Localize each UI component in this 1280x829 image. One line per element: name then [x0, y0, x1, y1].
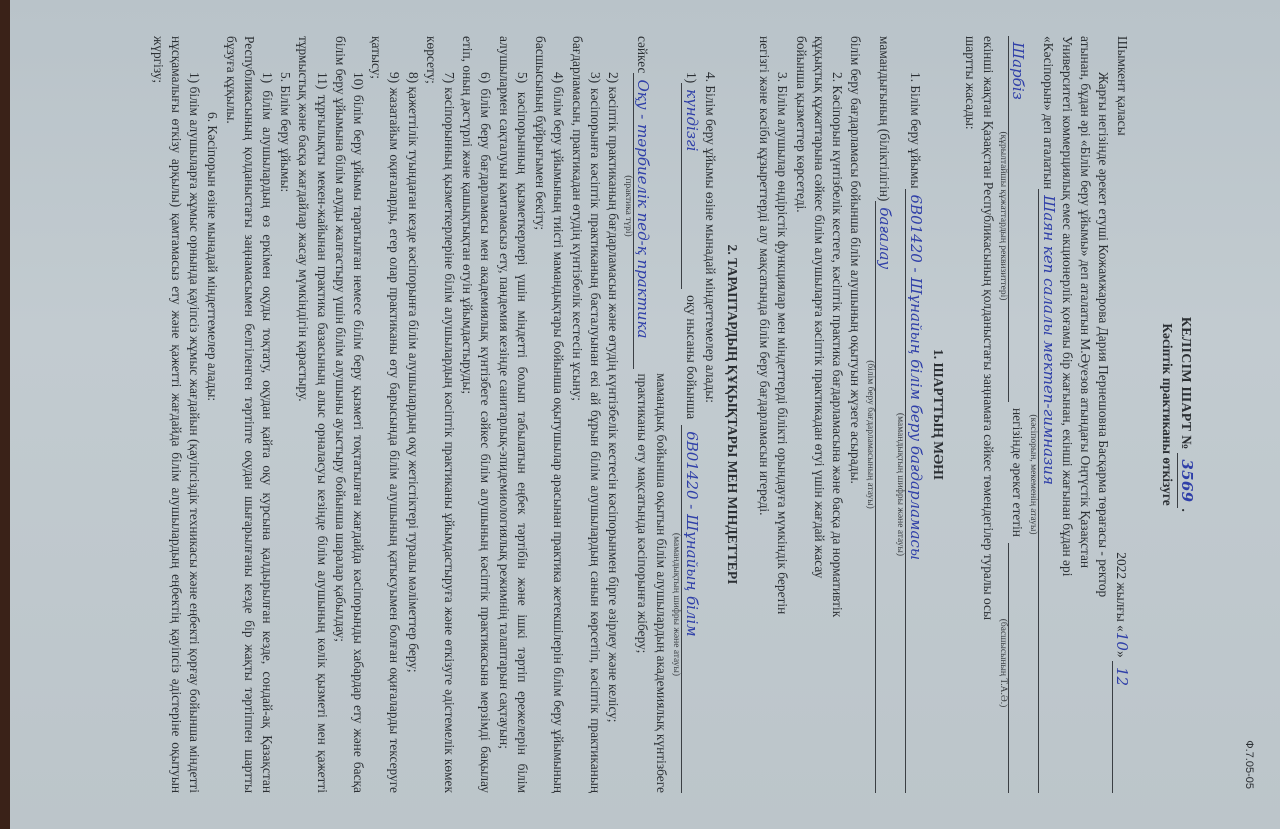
s2-item4-11: 11) тұрғылықты мекен-жайынан практика ба…: [294, 36, 330, 793]
enterprise-name: Шаян кеп салалы мектеп-гимназия: [1038, 189, 1057, 793]
s1-item3-line1: 3. Білім алушылар өндірістік функциялар …: [773, 36, 791, 793]
s2-item4-3: 3) кәсіпорынға кәсіптік практиканың баст…: [567, 36, 603, 793]
section-2-heading: 2. ТАРАПТАРДЫҢ ҚҰҚЫҚТАРЫ МЕН МІНДЕТТЕРІ: [723, 36, 741, 793]
s2-specialty: 6В01420 - Шұнайың білім: [681, 425, 700, 793]
s1-item2-line2: құқықтық құжаттарына сәйкес білім алушыл…: [810, 36, 828, 793]
intro-line-1: Жарғы негізінде әрекет етуші Кожамжарова…: [1094, 36, 1112, 793]
caption-practice: (практика түрі): [622, 36, 633, 376]
s1-item1-prefix: 1. Білім беру ұйымы: [905, 36, 923, 189]
s2-item4-6: 6) білім беру бағдарламасы мен академиял…: [458, 36, 494, 793]
s2-item4-1-line1: 1) күндізгі оқу нысаны бойынша 6В01420 -…: [681, 36, 700, 793]
caption-specialty-2: (мамандықтың шифры және атауы): [670, 36, 681, 793]
practice-label: сәйкес: [633, 36, 651, 73]
s2-item4-5: 5) кәсіпорынның қызметкерлері үшін мінде…: [495, 36, 531, 793]
basis-label: негізінде әрекет ететін: [1008, 402, 1026, 543]
intro-line-3: Университеті коммерциялық емес акционерл…: [1058, 36, 1076, 793]
city: Шымкент қаласы: [1112, 36, 1131, 136]
s2-item4-10: 10) білім беру ұйымы таратылған немесе б…: [331, 36, 367, 793]
s2-item4-9: 9) жазатайым оқиғаларды, егер олар практ…: [367, 36, 403, 793]
title-prefix: КЕЛІСІМ ШАРТ №: [1178, 317, 1193, 450]
date-suffix: »: [1114, 651, 1129, 658]
section-1-heading: 1. ШАРТТЫҢ МӘНІ: [929, 36, 947, 793]
s1-item2-line1: 2. Кәсіпорын күнтізбелік кестеге, кәсіпт…: [828, 36, 846, 793]
intro-line-7: шартты жасады:: [961, 36, 979, 793]
s1-program: бағалау: [875, 201, 894, 793]
basis-line: Шарбіз негізінде әрекет ететін: [1008, 36, 1027, 793]
study-form-label: оқу нысаны бойынша: [681, 289, 699, 425]
enterprise-label: «Кәсіпорын» деп аталатын: [1038, 36, 1056, 189]
practice-purpose: практиканы өту мақсатында кәсіпорынға жі…: [633, 369, 651, 653]
s2-item4-1-line2: мамандық бойынша оқытын білім алушыларды…: [652, 36, 670, 793]
s1-item2-line3: бойынша қызметтер көрсетеді.: [791, 36, 809, 793]
caption-head: (басшысының Т.А.Ә.): [997, 533, 1008, 793]
contract-document-page: Ф.7.05-05 КЕЛІСІМ ШАРТ № 3569. Кәсіптік …: [10, 0, 1280, 829]
s1-item3-line2: негізгі және кәсіби құзыреттерді алу мақ…: [755, 36, 773, 793]
s2-item4-1-prefix: 1): [681, 36, 699, 83]
s2-item4-2: 2) кәсіптік практиканың бағдарламасын жә…: [604, 36, 622, 793]
caption-docs: (құрылтайшы құжаттардың реквизиттері): [997, 36, 1008, 396]
document-subtitle: Кәсіптік практиканы өткізуге: [1157, 36, 1175, 793]
date-day: 10: [1113, 632, 1131, 651]
date-prefix: 2022 жылғы «: [1114, 552, 1129, 632]
section-6-heading: 6. Кәсіпорын өзіне мынадай міндеттемелер…: [203, 36, 221, 793]
caption-program: (білім беру бағдарламасының атауы): [864, 36, 875, 793]
s5-item1: 1) білім алушылардың өз еркімен оқуды то…: [221, 36, 276, 793]
s1-item1-line3: білім беру бағдарламасы бойынша білім ал…: [846, 36, 864, 793]
s2-item4-7: 7) кәсіпорынның қызметкерлеріне білім ал…: [422, 36, 458, 793]
intro-line-2: атынан, бұдан әрі «Білім беру ұйымы» деп…: [1076, 36, 1094, 793]
s1-specialty: 6В01420 - Шұнайың білім беру бағдарламас…: [905, 189, 924, 794]
contract-number: 3569: [1177, 453, 1196, 508]
table-edge-background: [0, 0, 10, 829]
caption-enterprise: (кәсіпорын, мекеменің атауы): [1027, 36, 1038, 793]
form-code: Ф.7.05-05: [1240, 36, 1258, 789]
enterprise-name-line: «Кәсіпорын» деп аталатын Шаян кеп салалы…: [1038, 36, 1057, 793]
practice-type: Оқу - тәрбиелік пед-қ практика: [633, 73, 652, 369]
head-name-blank: [1008, 543, 1009, 793]
city-date-row: Шымкент қаласы 2022 жылғы «10» 12: [1112, 36, 1131, 793]
study-form: күндізгі: [681, 83, 700, 289]
s2-item4-4: 4) білім беру ұйымының тиісті мамандықта…: [531, 36, 567, 793]
section-5-heading: 5. Білім беру ұйымы:: [276, 36, 294, 793]
s1-item1-line1: 1. Білім беру ұйымы 6В01420 - Шұнайың бі…: [905, 36, 924, 793]
document-title: КЕЛІСІМ ШАРТ № 3569.: [1176, 36, 1196, 793]
s2-item4: 4. Білім беру ұйымы өзіне мынадай міндет…: [701, 36, 719, 793]
basis-document: Шарбіз: [1008, 36, 1027, 402]
captions-row: (құрылтайшы құжаттардың реквизиттері) (б…: [997, 36, 1008, 793]
date-month: 12: [1112, 661, 1131, 793]
s1-qualification-label: мамандығының (біліктілігін): [875, 36, 893, 201]
intro-line-6: екінші жақтан Қазақстан Республикасының …: [979, 36, 997, 793]
caption-specialty: (мамандықтың шифры және атауы): [894, 36, 905, 793]
s2-item4-1-line3: сәйкес Оқу - тәрбиелік пед-қ практика пр…: [633, 36, 652, 793]
contract-date: 2022 жылғы «10» 12: [1112, 552, 1131, 793]
s2-item4-8: 8) қажеттілік туындаған кезде кәсіпорынғ…: [403, 36, 421, 793]
s1-item1-line2: мамандығының (біліктілігін) бағалау: [875, 36, 894, 793]
s6-item1: 1) білім алушыларға жұмыс орнында қауіпс…: [149, 36, 204, 793]
